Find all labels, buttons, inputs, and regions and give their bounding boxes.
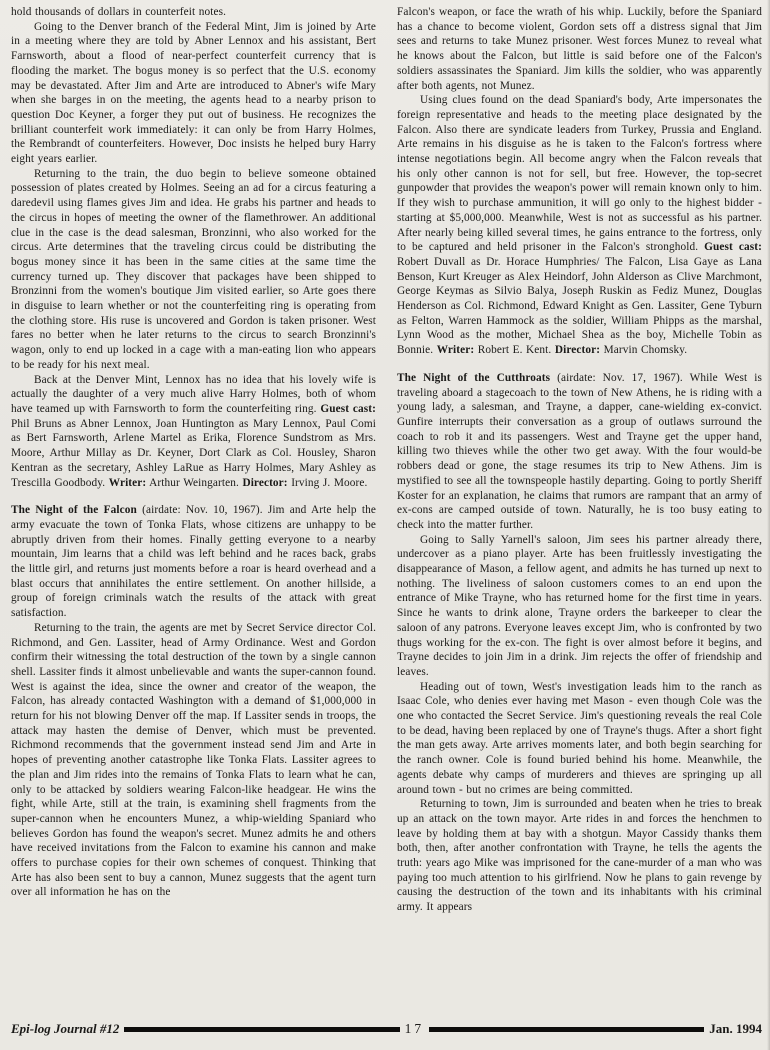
text-run: Robert Duvall as Dr. Horace Humphries/ T…: [397, 256, 762, 356]
paragraph: Going to Sally Yarnell's saloon, Jim see…: [397, 533, 762, 680]
text-run: hold thousands of dollars in counterfeit…: [11, 6, 226, 18]
bold-text-run: Writer:: [109, 477, 147, 489]
bold-text-run: The Night of the Cutthroats: [397, 372, 550, 384]
text-run: Going to the Denver branch of the Federa…: [11, 21, 376, 165]
bold-text-run: Director:: [242, 477, 287, 489]
paragraph: Returning to the train, the agents are m…: [11, 621, 376, 900]
paragraph: Heading out of town, West's investigatio…: [397, 680, 762, 798]
bold-text-run: Director:: [555, 344, 600, 356]
text-run: Falcon's weapon, or face the wrath of hi…: [397, 6, 762, 92]
bold-text-run: Writer:: [437, 344, 475, 356]
text-columns: hold thousands of dollars in counterfeit…: [11, 5, 762, 1016]
text-run: Irving J. Moore.: [288, 477, 368, 489]
text-run: Going to Sally Yarnell's saloon, Jim see…: [397, 534, 762, 678]
episode-paragraph: The Night of the Cutthroats (airdate: No…: [397, 371, 762, 533]
footer-rule-right: [429, 1027, 704, 1032]
left-column: hold thousands of dollars in counterfeit…: [11, 5, 376, 1016]
text-run: Heading out of town, West's investigatio…: [397, 681, 762, 796]
journal-title: Epi-log Journal #12: [11, 1021, 119, 1037]
paragraph: hold thousands of dollars in counterfeit…: [11, 5, 376, 20]
paragraph: Falcon's weapon, or face the wrath of hi…: [397, 5, 762, 93]
bold-text-run: Guest cast:: [320, 403, 376, 415]
text-run: (airdate: Nov. 17, 1967). While West is …: [397, 372, 762, 531]
text-run: Returning to the train, the duo begin to…: [11, 168, 376, 371]
paragraph: Going to the Denver branch of the Federa…: [11, 20, 376, 167]
text-run: Marvin Chomsky.: [600, 344, 687, 356]
paragraph: Returning to town, Jim is surrounded and…: [397, 797, 762, 915]
episode-paragraph: The Night of the Falcon (airdate: Nov. 1…: [11, 503, 376, 621]
footer-rule-left: [124, 1027, 399, 1032]
text-run: Using clues found on the dead Spaniard's…: [397, 94, 762, 253]
page-footer: Epi-log Journal #12 17 Jan. 1994: [11, 1020, 762, 1038]
right-column: Falcon's weapon, or face the wrath of hi…: [397, 5, 762, 1016]
text-run: (airdate: Nov. 10, 1967). Jim and Arte h…: [11, 504, 376, 619]
text-run: Robert E. Kent.: [474, 344, 555, 356]
text-run: Returning to the train, the agents are m…: [11, 622, 376, 899]
text-run: Returning to town, Jim is surrounded and…: [397, 798, 762, 913]
magazine-page: hold thousands of dollars in counterfeit…: [0, 0, 770, 1050]
bold-text-run: The Night of the Falcon: [11, 504, 137, 516]
page-number: 17: [405, 1021, 425, 1037]
paragraph: Returning to the train, the duo begin to…: [11, 167, 376, 373]
paragraph: Using clues found on the dead Spaniard's…: [397, 93, 762, 358]
paragraph: Back at the Denver Mint, Lennox has no i…: [11, 373, 376, 491]
bold-text-run: Guest cast:: [704, 241, 762, 253]
issue-date: Jan. 1994: [709, 1021, 762, 1037]
text-run: Arthur Weingarten.: [146, 477, 242, 489]
